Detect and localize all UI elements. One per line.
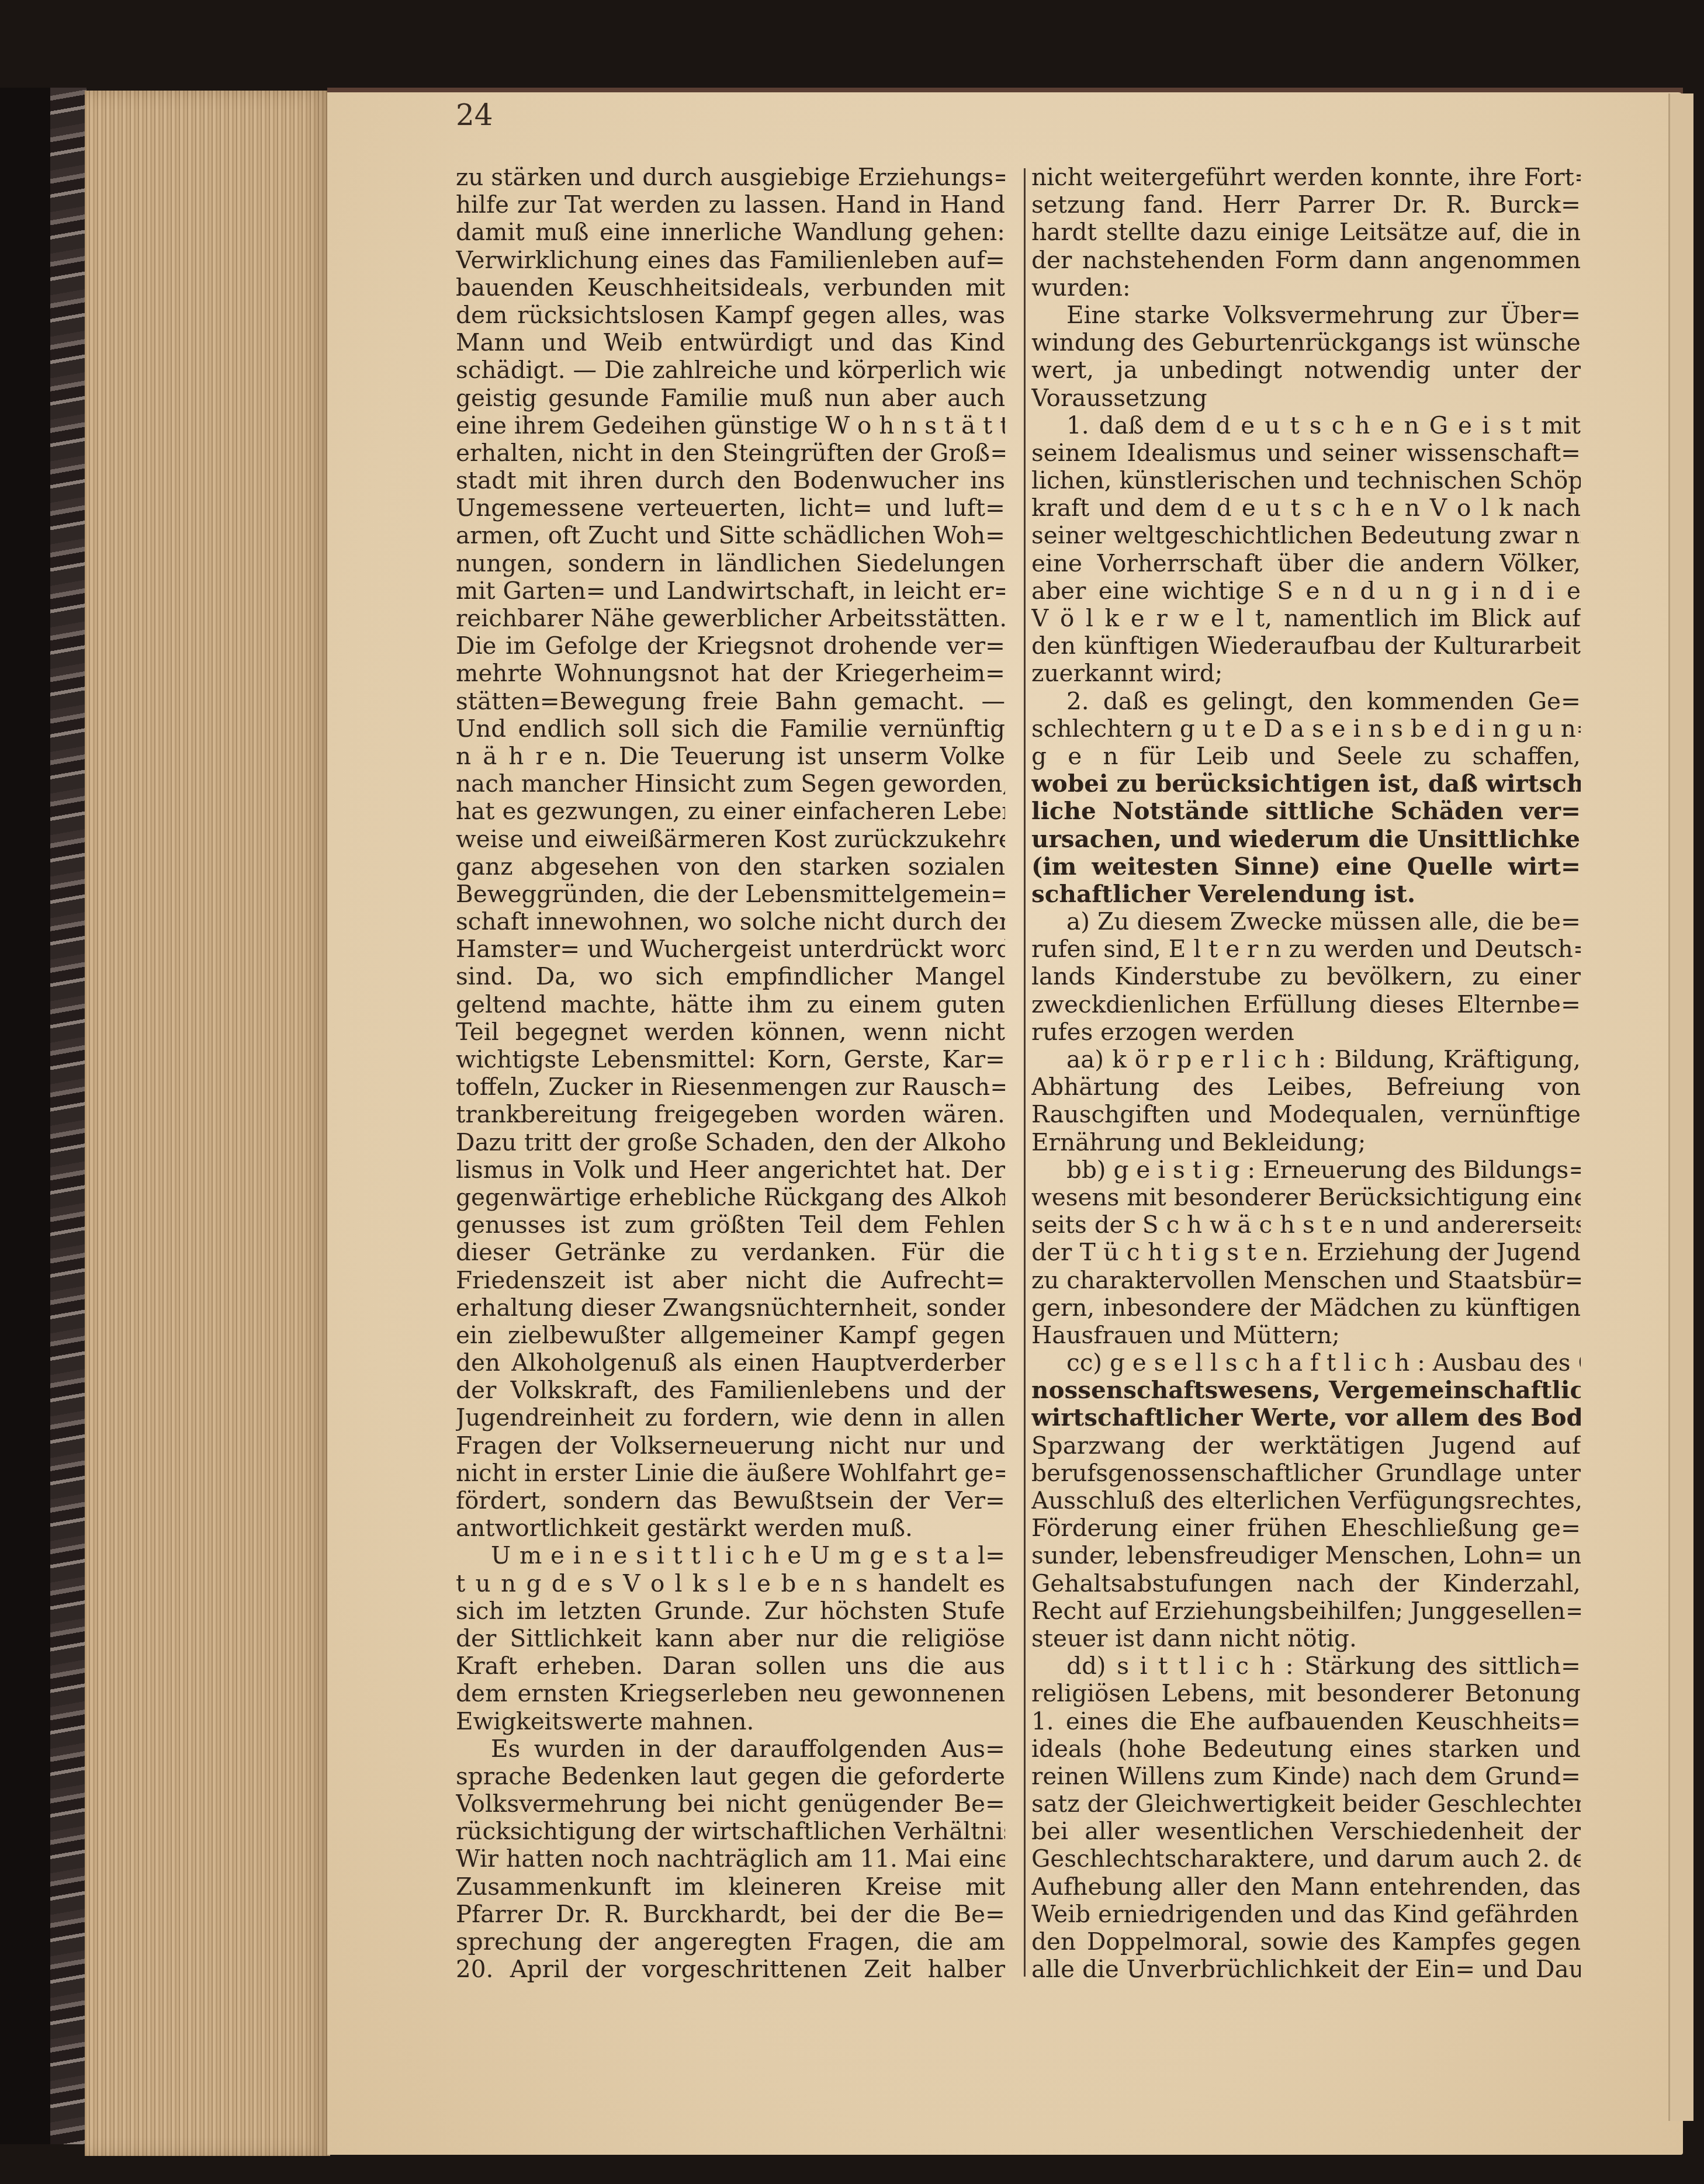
text-line: Ernährung und Bekleidung; [1031, 1129, 1581, 1156]
text-line: zu stärken und durch ausgiebige Erziehun… [456, 164, 1005, 191]
text-line: nossenschaftswesens, Vergemeinschaftlich… [1031, 1377, 1581, 1404]
text-line: Hamster= und Wuchergeist unterdrückt wor… [456, 935, 1005, 963]
text-line: der Volkskraft, des Familienlebens und d… [456, 1377, 1005, 1404]
text-line: sich im letzten Grunde. Zur höchsten Stu… [456, 1597, 1005, 1625]
text-line: den künftigen Wiederaufbau der Kulturarb… [1031, 632, 1581, 660]
text-line: bb) g e i s t i g : Erneuerung des Bildu… [1031, 1156, 1581, 1184]
text-line: gern, inbesondere der Mädchen zu künftig… [1031, 1294, 1581, 1322]
text-line: g e n für Leib und Seele zu schaffen, [1031, 743, 1581, 770]
text-line: geltend machte, hätte ihm zu einem guten [456, 991, 1005, 1018]
text-line: antwortlichkeit gestärkt werden muß. [456, 1514, 1005, 1542]
text-line: V ö l k e r w e l t, namentlich im Blick… [1031, 605, 1581, 632]
text-line: Mann und Weib entwürdigt und das Kind [456, 329, 1005, 356]
text-line: U m e i n e s i t t l i c h e U m g e s … [456, 1542, 1005, 1569]
text-line: hat es gezwungen, zu einer einfacheren L… [456, 798, 1005, 825]
text-line: trankbereitung freigegeben worden wären. [456, 1101, 1005, 1128]
text-line: Eine starke Volksvermehrung zur Über= [1031, 301, 1581, 329]
text-line: sprache Bedenken laut gegen die geforder… [456, 1763, 1005, 1790]
text-line: damit muß eine innerliche Wandlung gehen… [456, 219, 1005, 246]
text-line: der Sittlichkeit kann aber nur die relig… [456, 1625, 1005, 1652]
text-line: cc) g e s e l l s c h a f t l i c h : Au… [1031, 1349, 1581, 1377]
text-line: seits der S c h w ä c h s t e n und ande… [1031, 1211, 1581, 1239]
text-line: alle die Unverbrüchlichkeit der Ein= und… [1031, 1956, 1581, 1983]
text-line: Dazu tritt der große Schaden, den der Al… [456, 1129, 1005, 1156]
text-line: lichen, künstlerischen und technischen S… [1031, 467, 1581, 494]
text-line: armen, oft Zucht und Sitte schädlichen W… [456, 522, 1005, 549]
text-line: den Doppelmoral, sowie des Kampfes gegen [1031, 1928, 1581, 1956]
text-line: weise und eiweißärmeren Kost zurückzukeh… [456, 826, 1005, 853]
text-line: seiner weltgeschichtlichen Bedeutung zwa… [1031, 522, 1581, 549]
text-line: Ungemessene verteuerten, licht= und luft… [456, 494, 1005, 522]
text-line: lands Kinderstube zu bevölkern, zu einer [1031, 963, 1581, 990]
adjacent-page-edge [1668, 93, 1693, 2121]
text-line: gegenwärtige erhebliche Rückgang des Alk… [456, 1184, 1005, 1211]
text-line: religiösen Lebens, mit besonderer Betonu… [1031, 1680, 1581, 1707]
text-line: fördert, sondern das Bewußtsein der Ver= [456, 1487, 1005, 1514]
text-line: (im weitesten Sinne) eine Quelle wirt= [1031, 853, 1581, 880]
text-line: mit Garten= und Landwirtschaft, in leich… [456, 577, 1005, 605]
text-line: 1. eines die Ehe aufbauenden Keuschheits… [1031, 1708, 1581, 1735]
text-line: Recht auf Erziehungsbeihilfen; Junggesel… [1031, 1597, 1581, 1625]
text-line: dem ernsten Kriegserleben neu gewonnenen [456, 1680, 1005, 1707]
text-line: erhalten, nicht in den Steingrüften der … [456, 439, 1005, 467]
text-line: Verwirklichung eines das Familienleben a… [456, 247, 1005, 274]
text-line: Ausschluß des elterlichen Verfügungsrech… [1031, 1487, 1581, 1514]
column-divider [1024, 168, 1026, 1977]
text-line: 1. daß dem d e u t s c h e n G e i s t m… [1031, 412, 1581, 439]
text-line: schaft innewohnen, wo solche nicht durch… [456, 908, 1005, 935]
text-line: Förderung einer frühen Eheschließung ge= [1031, 1514, 1581, 1542]
text-line: ideals (hohe Bedeutung eines starken und [1031, 1735, 1581, 1763]
text-line: rufes erzogen werden [1031, 1018, 1581, 1046]
text-line: eine Vorherrschaft über die andern Völke… [1031, 550, 1581, 577]
text-line: zweckdienlichen Erfüllung dieses Elternb… [1031, 991, 1581, 1018]
text-line: Voraussetzung [1031, 384, 1581, 412]
text-line: genusses ist zum größten Teil dem Fehlen [456, 1211, 1005, 1239]
text-line: schaftlicher Verelendung ist. [1031, 880, 1581, 908]
text-line: nicht weitergeführt werden konnte, ihre … [1031, 164, 1581, 191]
text-line: lismus in Volk und Heer angerichtet hat.… [456, 1156, 1005, 1184]
text-line: aber eine wichtige S e n d u n g i n d i… [1031, 577, 1581, 605]
text-line: aa) k ö r p e r l i c h : Bildung, Kräft… [1031, 1046, 1581, 1073]
text-line: Gehaltsabstufungen nach der Kinderzahl, [1031, 1570, 1581, 1597]
text-line: Teil begegnet werden können, wenn nicht [456, 1018, 1005, 1046]
text-line: Wir hatten noch nachträglich am 11. Mai … [456, 1845, 1005, 1873]
text-line: dieser Getränke zu verdanken. Für die [456, 1239, 1005, 1266]
text-line: ursachen, und wiederum die Unsittlichkei… [1031, 826, 1581, 853]
text-line: nicht in erster Linie die äußere Wohlfah… [456, 1460, 1005, 1487]
text-line: hardt stellte dazu einige Leitsätze auf,… [1031, 219, 1581, 246]
text-line: sind. Da, wo sich empfindlicher Mangel [456, 963, 1005, 990]
text-line: toffeln, Zucker in Riesenmengen zur Raus… [456, 1073, 1005, 1101]
text-line: mehrte Wohnungsnot hat der Kriegerheim= [456, 660, 1005, 687]
text-line: wert, ja unbedingt notwendig unter der [1031, 356, 1581, 384]
text-line: zu charaktervollen Menschen und Staatsbü… [1031, 1267, 1581, 1294]
text-line: satz der Gleichwertigkeit beider Geschle… [1031, 1790, 1581, 1818]
page-number: 24 [456, 98, 493, 132]
text-line: der nachstehenden Form dann angenommen [1031, 247, 1581, 274]
right-text-column: nicht weitergeführt werden konnte, ihre … [1031, 164, 1581, 1983]
text-line: Aufhebung aller den Mann entehrenden, da… [1031, 1873, 1581, 1901]
text-line: geistig gesunde Familie muß nun aber auc… [456, 384, 1005, 412]
text-line: wurden: [1031, 274, 1581, 301]
text-line: schlechtern g u t e D a s e i n s b e d … [1031, 715, 1581, 743]
text-line: seinem Idealismus und seiner wissenschaf… [1031, 439, 1581, 467]
text-line: erhaltung dieser Zwangsnüchternheit, son… [456, 1294, 1005, 1322]
text-line: Abhärtung des Leibes, Befreiung von [1031, 1073, 1581, 1101]
text-line: Fragen der Volkserneuerung nicht nur und [456, 1432, 1005, 1460]
left-text-column: zu stärken und durch ausgiebige Erziehun… [456, 164, 1005, 1983]
text-line: nungen, sondern in ländlichen Siedelunge… [456, 550, 1005, 577]
book-cover [0, 88, 53, 2144]
text-line: Rauschgiften und Modequalen, vernünftige [1031, 1101, 1581, 1128]
text-line: Weib erniedrigenden und das Kind gefährd… [1031, 1901, 1581, 1928]
text-line: berufsgenossenschaftlicher Grundlage unt… [1031, 1460, 1581, 1487]
text-line: rufen sind, E l t e r n zu werden und De… [1031, 935, 1581, 963]
text-line: Kraft erheben. Daran sollen uns die aus [456, 1652, 1005, 1680]
text-line: Ewigkeitswerte mahnen. [456, 1708, 1005, 1735]
text-line: Die im Gefolge der Kriegsnot drohende ve… [456, 632, 1005, 660]
text-line: steuer ist dann nicht nötig. [1031, 1625, 1581, 1652]
text-line: Hausfrauen und Müttern; [1031, 1322, 1581, 1349]
text-line: Friedenszeit ist aber nicht die Aufrecht… [456, 1267, 1005, 1294]
text-line: n ä h r e n. Die Teuerung ist unserm Vol… [456, 743, 1005, 770]
text-line: Volksvermehrung bei nicht genügender Be= [456, 1790, 1005, 1818]
text-line: sunder, lebensfreudiger Menschen, Lohn= … [1031, 1542, 1581, 1569]
text-line: setzung fand. Herr Parrer Dr. R. Burck= [1031, 191, 1581, 219]
text-line: 20. April der vorgeschrittenen Zeit halb… [456, 1956, 1005, 1983]
text-line: hilfe zur Tat werden zu lassen. Hand in … [456, 191, 1005, 219]
text-line: dem rücksichtslosen Kampf gegen alles, w… [456, 301, 1005, 329]
marbled-endpaper [50, 88, 86, 2144]
text-line: rücksichtigung der wirtschaftlichen Verh… [456, 1818, 1005, 1845]
text-line: der T ü c h t i g s t e n. Erziehung der… [1031, 1239, 1581, 1266]
text-line: Zusammenkunft im kleineren Kreise mit [456, 1873, 1005, 1901]
text-line: reichbarer Nähe gewerblicher Arbeitsstät… [456, 605, 1005, 632]
text-line: ganz abgesehen von den starken sozialen [456, 853, 1005, 880]
text-line: sprechung der angeregten Fragen, die am [456, 1928, 1005, 1956]
text-line: liche Notstände sittliche Schäden ver= [1031, 798, 1581, 825]
text-line: wobei zu berücksichtigen ist, daß wirtsc… [1031, 770, 1581, 798]
page-edges-stack [85, 91, 330, 2156]
text-line: t u n g d e s V o l k s l e b e n s hand… [456, 1570, 1005, 1597]
text-line: dd) s i t t l i c h : Stärkung des sittl… [1031, 1652, 1581, 1680]
text-line: Jugendreinheit zu fordern, wie denn in a… [456, 1404, 1005, 1431]
text-line: 2. daß es gelingt, den kommenden Ge= [1031, 688, 1581, 715]
text-line: wichtigste Lebensmittel: Korn, Gerste, K… [456, 1046, 1005, 1073]
text-line: wirtschaftlicher Werte, vor allem des Bo… [1031, 1404, 1581, 1431]
text-line: bei aller wesentlichen Verschiedenheit d… [1031, 1818, 1581, 1845]
text-line: reinen Willens zum Kinde) nach dem Grund… [1031, 1763, 1581, 1790]
text-line: ein zielbewußter allgemeiner Kampf gegen [456, 1322, 1005, 1349]
text-line: a) Zu diesem Zwecke müssen alle, die be= [1031, 908, 1581, 935]
text-line: bauenden Keuschheitsideals, verbunden mi… [456, 274, 1005, 301]
text-line: kraft und dem d e u t s c h e n V o l k … [1031, 494, 1581, 522]
text-line: nach mancher Hinsicht zum Segen geworden… [456, 770, 1005, 798]
text-line: Pfarrer Dr. R. Burckhardt, bei der die B… [456, 1901, 1005, 1928]
text-line: eine ihrem Gedeihen günstige W o h n s t… [456, 412, 1005, 439]
text-line: stätten=Bewegung freie Bahn gemacht. — [456, 688, 1005, 715]
text-line: Geschlechtscharaktere, und darum auch 2.… [1031, 1845, 1581, 1873]
text-line: wesens mit besonderer Berücksichtigung e… [1031, 1184, 1581, 1211]
text-line: schädigt. — Die zahlreiche und körperlic… [456, 356, 1005, 384]
text-line: stadt mit ihren durch den Bodenwucher in… [456, 467, 1005, 494]
text-line: den Alkoholgenuß als einen Hauptverderbe… [456, 1349, 1005, 1377]
text-line: Es wurden in der darauffolgenden Aus= [456, 1735, 1005, 1763]
text-line: zuerkannt wird; [1031, 660, 1581, 687]
text-line: windung des Geburtenrückgangs ist wünsch… [1031, 329, 1581, 356]
text-line: Beweggründen, die der Lebensmittelgemein… [456, 880, 1005, 908]
text-line: Und endlich soll sich die Familie vernün… [456, 715, 1005, 743]
text-line: Sparzwang der werktätigen Jugend auf [1031, 1432, 1581, 1460]
